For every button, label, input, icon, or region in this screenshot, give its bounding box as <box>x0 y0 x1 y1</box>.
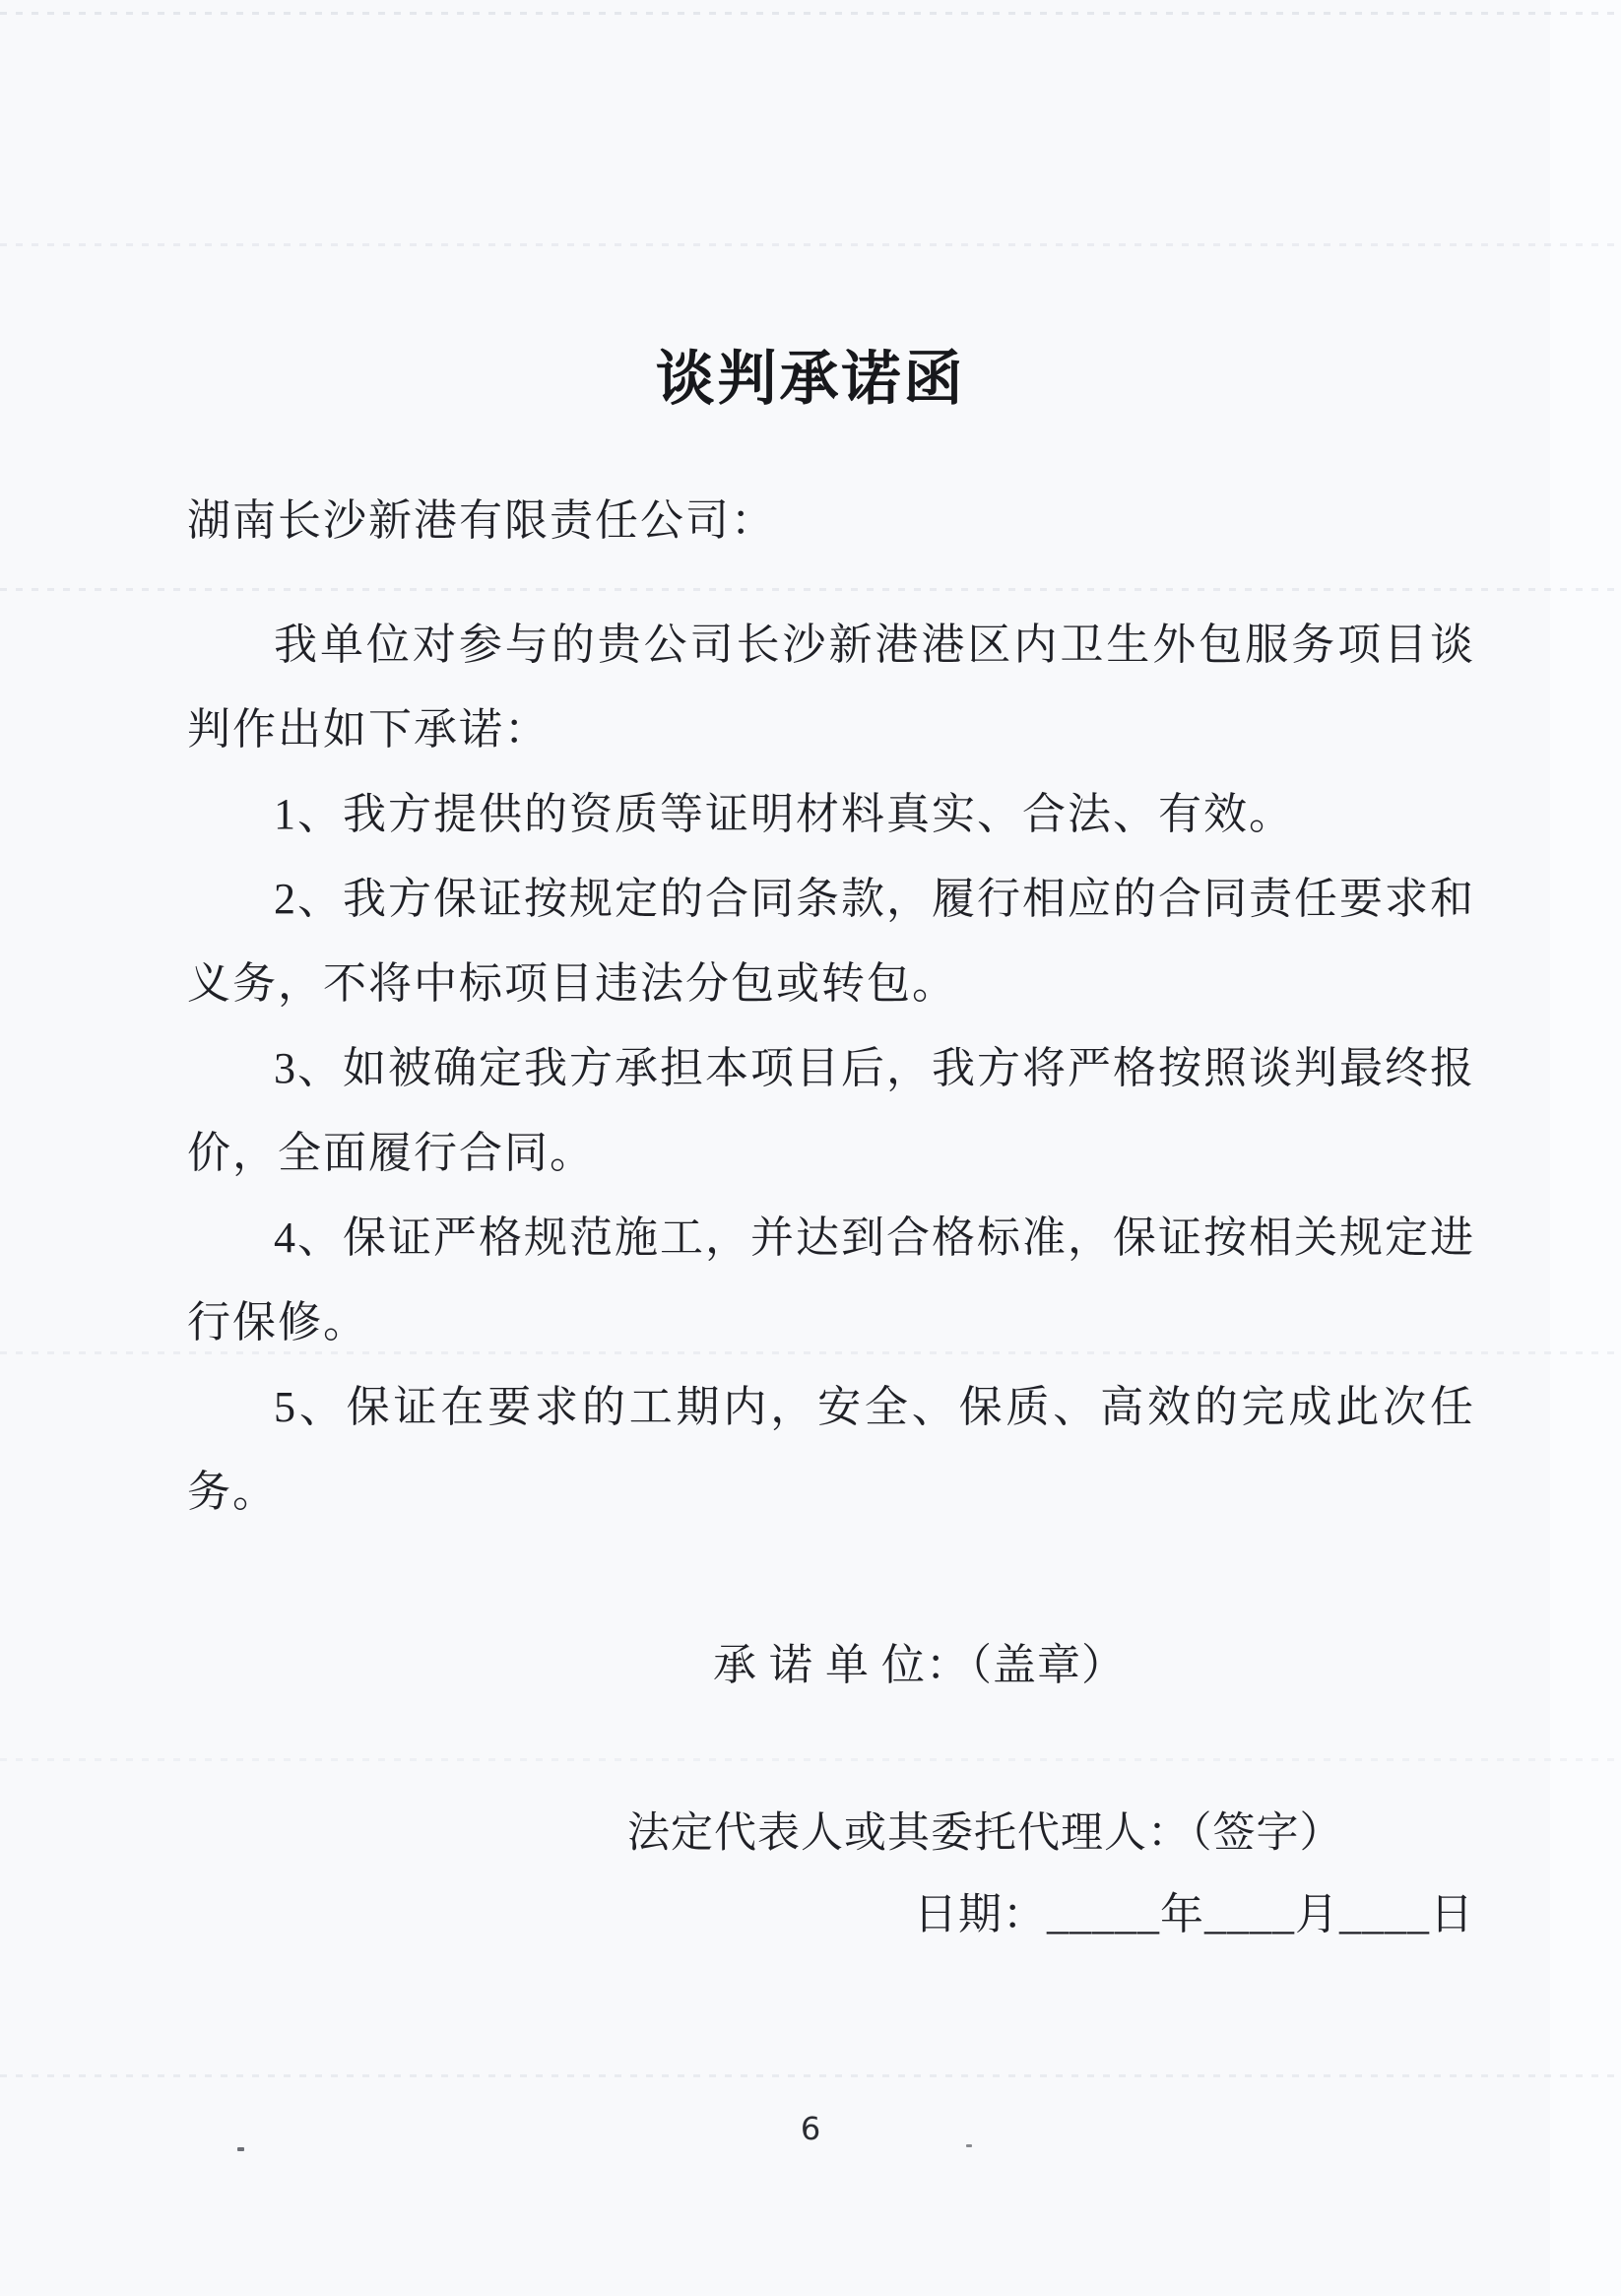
commitment-item-3: 3、如被确定我方承担本项目后，我方将严格按照谈判最终报价，全面履行合同。 <box>187 1026 1475 1196</box>
signature-line: 法定代表人或其委托代理人：（签字） <box>627 1810 1343 1857</box>
scan-artifact-band <box>0 2074 1621 2077</box>
scan-artifact-band <box>0 1758 1621 1761</box>
document-title: 谈判承诺函 <box>0 347 1621 412</box>
scan-artifact-band <box>0 243 1621 246</box>
commitment-item-1: 1、我方提供的资质等证明材料真实、合法、有效。 <box>187 772 1475 857</box>
page-number: 6 <box>0 2110 1621 2147</box>
scanned-document-page: 谈判承诺函 湖南长沙新港有限责任公司： 我单位对参与的贵公司长沙新港港区内卫生外… <box>0 0 1621 2296</box>
commitment-item-2: 2、我方保证按规定的合同条款，履行相应的合同责任要求和义务，不将中标项目违法分包… <box>187 857 1475 1026</box>
commitment-item-4: 4、保证严格规范施工，并达到合格标准，保证按相关规定进行保修。 <box>187 1196 1475 1365</box>
intro-paragraph: 我单位对参与的贵公司长沙新港港区内卫生外包服务项目谈判作出如下承诺： <box>187 603 1475 772</box>
scan-edge-strip <box>1550 0 1621 2296</box>
scan-artifact-band <box>0 12 1621 15</box>
scan-artifact-band <box>0 588 1621 591</box>
commitment-body: 我单位对参与的贵公司长沙新港港区内卫生外包服务项目谈判作出如下承诺： 1、我方提… <box>187 603 1475 1535</box>
scan-speck <box>237 2147 244 2151</box>
seal-line: 承 诺 单 位：（盖章） <box>713 1642 1126 1689</box>
date-line: 日期：_____年____月____日 <box>914 1891 1474 1938</box>
commitment-item-5: 5、保证在要求的工期内，安全、保质、高效的完成此次任务。 <box>187 1365 1475 1535</box>
scan-speck <box>966 2144 972 2147</box>
recipient-line: 湖南长沙新港有限责任公司： <box>187 479 776 563</box>
scan-artifact-band <box>0 1351 1621 1354</box>
